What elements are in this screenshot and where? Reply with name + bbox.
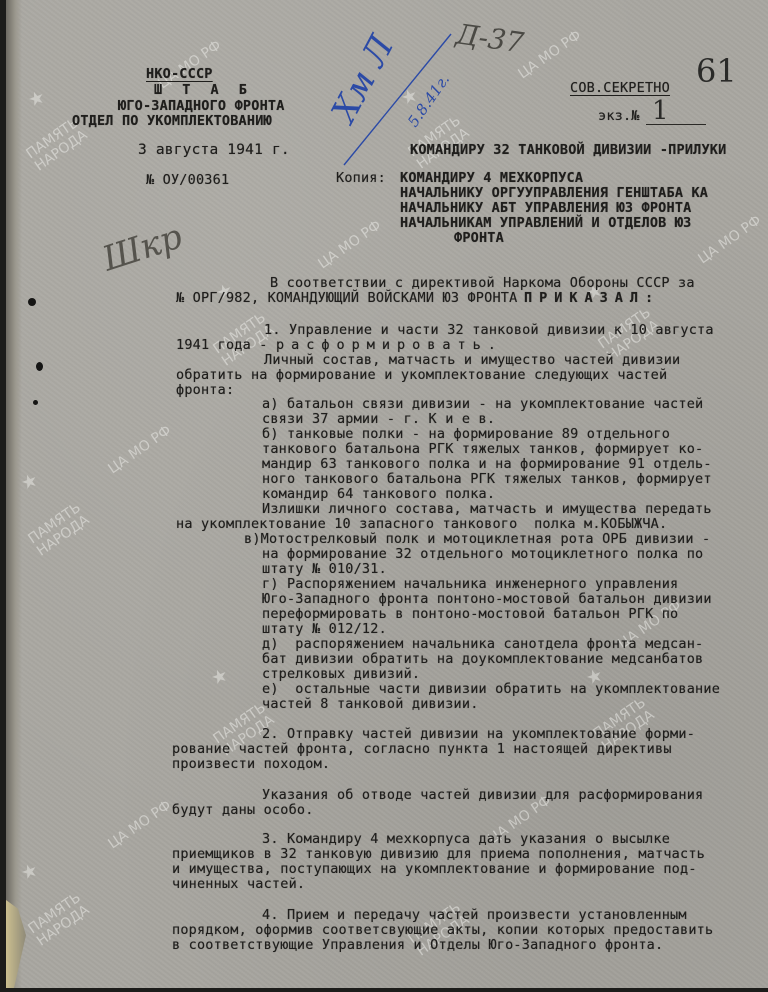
org-name: НКО-СССР (146, 66, 213, 82)
subparagraph-g: г) Распоряжением начальника инженерного … (262, 576, 678, 592)
copy-recipient: НАЧАЛЬНИКУ АБТ УПРАВЛЕНИЯ ЮЗ ФРОНТА (400, 200, 691, 216)
page-number: 61 (696, 52, 737, 90)
paragraph-1-line: Личный состав, матчасть и имущество част… (264, 352, 680, 368)
subparagraph-v: в)Мотострелковый полк и мотоциклетная ро… (244, 531, 710, 547)
subparagraph-a: связи 37 армии - г. К и е в. (262, 411, 495, 427)
subparagraph-d: д) распоряжением начальника санотдела фр… (262, 636, 703, 652)
paragraph-4-line: в соответствующие Управления и Отделы Юг… (172, 937, 663, 953)
subparagraph-b: танкового батальона РГК тяжелых танков, … (262, 441, 703, 457)
paragraph-1-line: 1. Управление и части 32 танковой дивизи… (264, 322, 714, 338)
subparagraph-g: переформировать в понтоно-мостовой батал… (262, 606, 678, 622)
paragraph-3-line: приемщиков в 32 танковую дивизию для при… (172, 846, 705, 862)
copies-label: Копия: (336, 170, 386, 186)
subparagraph-a: а) батальон связи дивизии - на укомплект… (262, 396, 703, 412)
subparagraph-b: ного танкового батальона РГК тяжелых тан… (262, 471, 712, 487)
subparagraph-v: на формирование 32 отдельного мотоциклет… (262, 546, 703, 562)
copy-recipient: КОМАНДИРУ 4 МЕХКОРПУСА (400, 170, 583, 186)
paragraph-2-line: 2. Отправку частей дивизии на укомплекто… (262, 726, 695, 742)
addressee: КОМАНДИРУ 32 ТАНКОВОЙ ДИВИЗИИ -ПРИЛУКИ (410, 142, 726, 158)
subparagraph-b: командир 64 танкового полка. (262, 486, 495, 502)
handwritten-archive-mark: Д-37 (454, 17, 526, 59)
subparagraph-b-extra: Излишки личного состава, матчасть и имущ… (262, 501, 712, 517)
document-page: ЦА МО РФ ЦА МО РФ ЦА МО РФ ЦА МО РФ ЦА М… (6, 0, 768, 988)
watermark-archive: ЦА МО РФ (516, 28, 584, 82)
subparagraph-g: Юго-Западного фронта понтоно-мостовой ба… (262, 591, 712, 607)
paragraph-4-line: 4. Прием и передачу частей произвести ус… (262, 907, 687, 923)
document-number: № ОУ/00361 (146, 172, 229, 188)
paragraph-3-line: и имущества, поступающих на укомплектова… (172, 861, 697, 877)
paragraph-1-line: обратить на формирование и укомплектован… (176, 367, 667, 383)
copy-recipient: ФРОНТА (454, 230, 504, 246)
subparagraph-g: штату № 012/12. (262, 621, 387, 637)
paragraph-2-note: Указания об отводе частей дивизии для ра… (262, 787, 703, 803)
copy-number: 1 (652, 96, 669, 126)
subparagraph-b: мандир 63 танкового полка и на формирова… (262, 456, 712, 472)
copy-recipient: НАЧАЛЬНИКАМ УПРАВЛЕНИЙ И ОТДЕЛОВ ЮЗ (400, 215, 691, 231)
subparagraph-b-extra: на укомплектование 10 запасного танковог… (176, 516, 667, 532)
watermark-archive: ЦА МО РФ (106, 423, 174, 477)
department-name: ОТДЕЛ ПО УКОМПЛЕКТОВАНИЮ (72, 113, 272, 129)
intro-line: № ОРГ/982, КОМАНДУЮЩИЙ ВОЙСКАМИ ЮЗ ФРОНТ… (176, 290, 517, 306)
subparagraph-v: штату № 010/31. (262, 561, 387, 577)
paragraph-4-line: порядком, оформив соответсвующие акты, к… (172, 922, 713, 938)
subparagraph-d: бат дивизии обратить на доукомплектовани… (262, 651, 703, 667)
paragraph-2-note: будут даны особо. (172, 802, 314, 818)
watermark-archive: ЦА МО РФ (696, 213, 764, 267)
paragraph-2-line: произвести походом. (172, 756, 330, 772)
margin-signature: Шкр (98, 216, 187, 279)
paragraph-3-line: чиненных частей. (172, 876, 305, 892)
paragraph-1-line: фронта: (176, 382, 234, 398)
subparagraph-d: стрелковых дивизий. (262, 666, 420, 682)
intro-line: В соответствии с директивой Наркома Обор… (270, 275, 695, 291)
paragraph-1-line: 1941 года - (176, 337, 268, 353)
watermark-archive: ЦА МО РФ (106, 798, 174, 852)
paper-edge (6, 0, 22, 988)
document-date: 3 августа 1941 г. (138, 142, 290, 158)
punch-hole (36, 362, 43, 371)
order-word: ПРИКАЗАЛ: (524, 290, 660, 306)
subparagraph-e: е) остальные части дивизии обратить на у… (262, 681, 720, 697)
classification: СОВ.СЕКРЕТНО (570, 80, 670, 96)
watermark-archive: ЦА МО РФ (316, 218, 384, 272)
paragraph-2-line: рование частей фронта, согласно пункта 1… (172, 741, 672, 757)
copy-label: экз.№ (598, 108, 640, 124)
copy-recipient: НАЧАЛЬНИКУ ОРГУУПРАВЛЕНИЯ ГЕНШТАБА КА (400, 185, 708, 201)
paragraph-3-line: 3. Командиру 4 мехкорпуса дать указания … (262, 831, 670, 847)
paper-tear (6, 900, 26, 988)
copy-number-underline (646, 124, 706, 125)
punch-hole (33, 400, 38, 405)
paragraph-1-line: расформировать. (276, 337, 503, 353)
subparagraph-b: б) танковые полки - на формирование 89 о… (262, 426, 670, 442)
subparagraph-e: частей 8 танковой дивизии. (262, 696, 479, 712)
front-name: ЮГО-ЗАПАДНОГО ФРОНТА (118, 98, 285, 114)
staff-label: Ш Т А Б (154, 82, 253, 98)
punch-hole (28, 298, 36, 306)
